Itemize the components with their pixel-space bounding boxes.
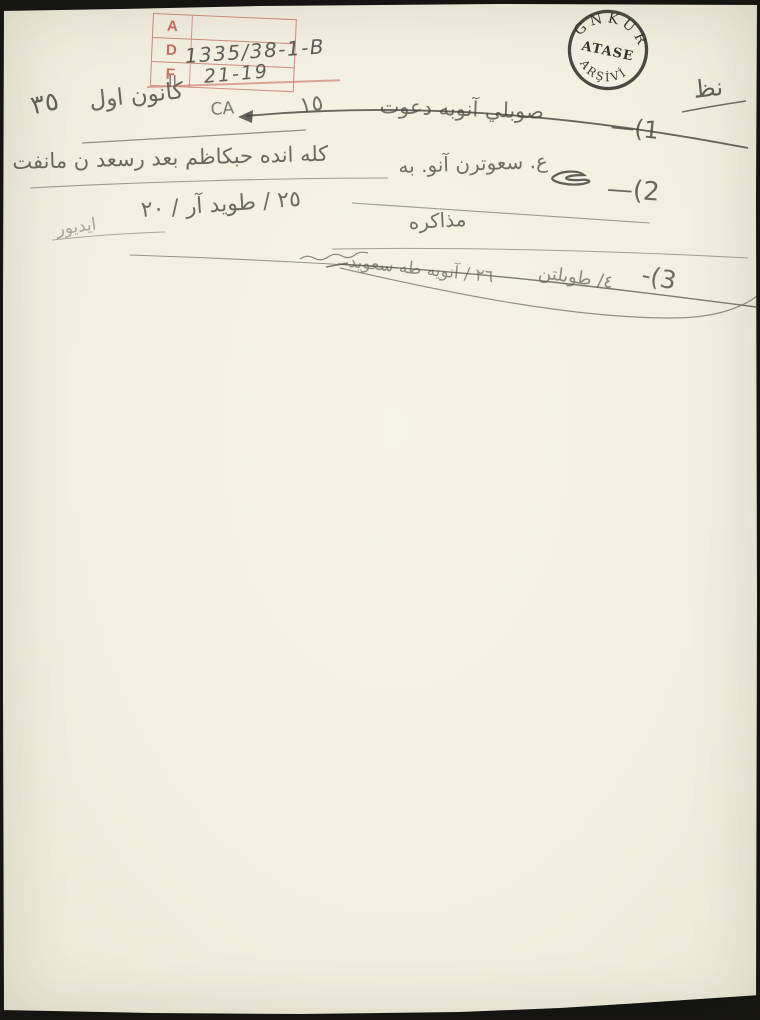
scan-edge-bottom [0,995,760,1020]
pencil-arrowhead [238,110,253,123]
pencil-underline-header [682,101,746,112]
handwritten-line1-number: ١٥ [298,91,325,119]
handwritten-line4-left: ٢٦ / آنويه طه سعويد [348,252,495,287]
handwritten-line4-right: ٤/ طويلتن [537,262,614,293]
handwritten-line3-faint-word: ايديور [55,214,98,239]
handwritten-line2-right: ع. سعوترن آنو. به [398,149,548,178]
pencil-short-dash [326,263,348,267]
handwritten-line1-latin: CA [210,98,235,120]
handwritten-item-2-marker: —(2 [606,174,661,208]
handwritten-item-3-marker: -(3 [639,260,679,296]
handwritten-line1-left-number: ٣٥ [28,86,62,121]
table-label-a: A [153,14,193,39]
pencil-underline-line1 [82,130,306,143]
pencil-underline-line2a [30,178,388,188]
handwritten-line1-tick-marks: اا [168,72,177,91]
scan-edge-left [0,0,4,1020]
handwritten-line3-word: مذاكره [408,207,467,234]
handwritten-line2-left: كله انده حبكاظم بعد رسعد ن مانفت [12,142,329,174]
pencil-underline-line2b [352,203,650,223]
handwritten-line1-text: صوبلي آنوبه دعوت [379,94,544,124]
handwritten-item-1-marker: —(1 [609,112,660,145]
handwritten-header-note: نظ [692,73,724,104]
scanned-document-page: A D F 1335/38-1-B 21-19 GNKUR ATASE ARŞİ… [0,0,760,1020]
handwritten-line3-date: ٢٥ / طويد آر / ٢٠ [140,187,302,223]
archive-round-stamp: GNKUR ATASE ARŞİVİ [549,0,668,109]
scan-edge-right [756,0,760,1020]
pencil-scribble-blob [552,172,589,185]
